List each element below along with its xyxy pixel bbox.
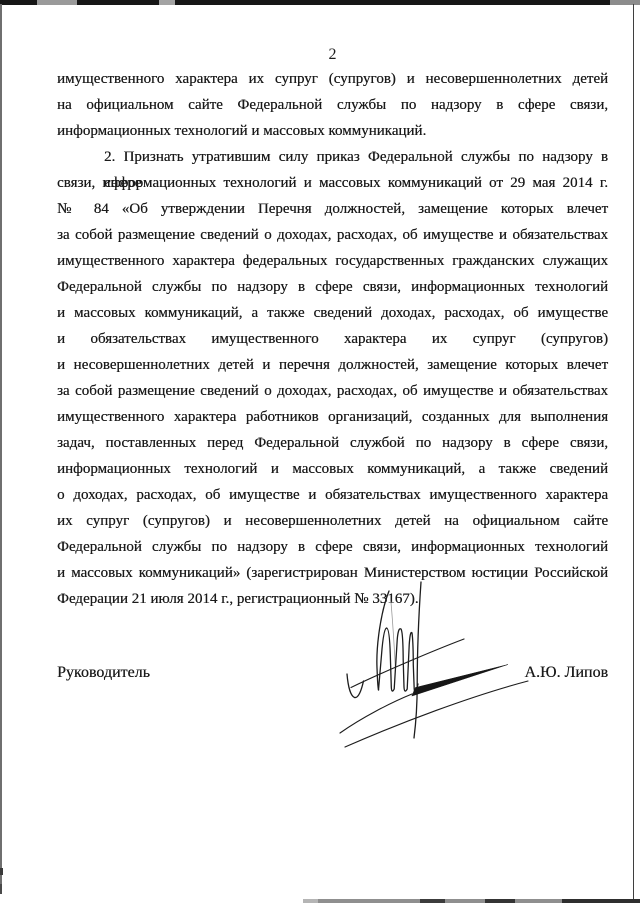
document-body: имущественного характера их супруг (супр… [57, 66, 608, 612]
page-number: 2 [57, 46, 608, 64]
text-line: и массовых коммуникаций, а также сведени… [57, 300, 608, 326]
text-line: имущественного характера работников орга… [57, 404, 608, 430]
text-line: № 84 «Об утверждении Перечня должностей,… [57, 196, 608, 222]
text-line: 2. Признать утратившим силу приказ Федер… [57, 144, 608, 170]
text-line: за собой размещение сведений о доходах, … [57, 222, 608, 248]
text-line: за собой размещение сведений о доходах, … [57, 378, 608, 404]
scan-edge-top-segment [159, 0, 175, 5]
text-line: информационных технологий и массовых ком… [57, 118, 608, 144]
signatory-title: Руководитель [57, 662, 150, 684]
text-line: информационных технологий и массовых ком… [57, 456, 608, 482]
text-line: связи, информационных технологий и массо… [57, 170, 608, 196]
document-page: 2 имущественного характера их супруг (су… [0, 0, 640, 905]
scan-edge-left-mark [0, 868, 3, 875]
text-line: и массовых коммуникаций» (зарегистрирова… [57, 560, 608, 586]
text-line: Федеральной службы по надзору в сфере св… [57, 274, 608, 300]
text-line: и несовершеннолетних детей и перечня дол… [57, 352, 608, 378]
text-line: их супруг (супругов) и несовершеннолетни… [57, 508, 608, 534]
text-line: задач, поставленных перед Федеральной сл… [57, 430, 608, 456]
scan-edge-top [0, 0, 640, 5]
signature-stroke [340, 694, 412, 733]
scan-edge-right [633, 4, 634, 902]
text-line: о доходах, расходах, об имуществе и обяз… [57, 482, 608, 508]
text-line: имущественного характера их супруг (супр… [57, 66, 608, 92]
signatory-row: Руководитель А.Ю. Липов [57, 662, 608, 684]
text-line: имущественного характера федеральных гос… [57, 248, 608, 274]
scan-edge-bottom-segment [562, 899, 640, 903]
scan-edge-left-mark [0, 884, 2, 894]
signature-stroke [345, 681, 528, 747]
scan-edge-bottom-segment [485, 899, 515, 903]
text-line: Федеральной службы по надзору в сфере св… [57, 534, 608, 560]
text-line: Федерации 21 июля 2014 г., регистрационн… [57, 586, 608, 612]
signature-stroke [391, 602, 396, 671]
scan-edge-left [0, 4, 2, 893]
text-line: на официальном сайте Федеральной службы … [57, 92, 608, 118]
scan-edge-top-segment [610, 0, 640, 5]
text-line: и обязательствах имущественного характер… [57, 326, 608, 352]
signatory-name: А.Ю. Липов [524, 662, 608, 684]
scan-edge-bottom-segment [303, 899, 318, 903]
scan-edge-bottom-segment [420, 899, 445, 903]
scan-edge-top-segment [37, 0, 77, 5]
